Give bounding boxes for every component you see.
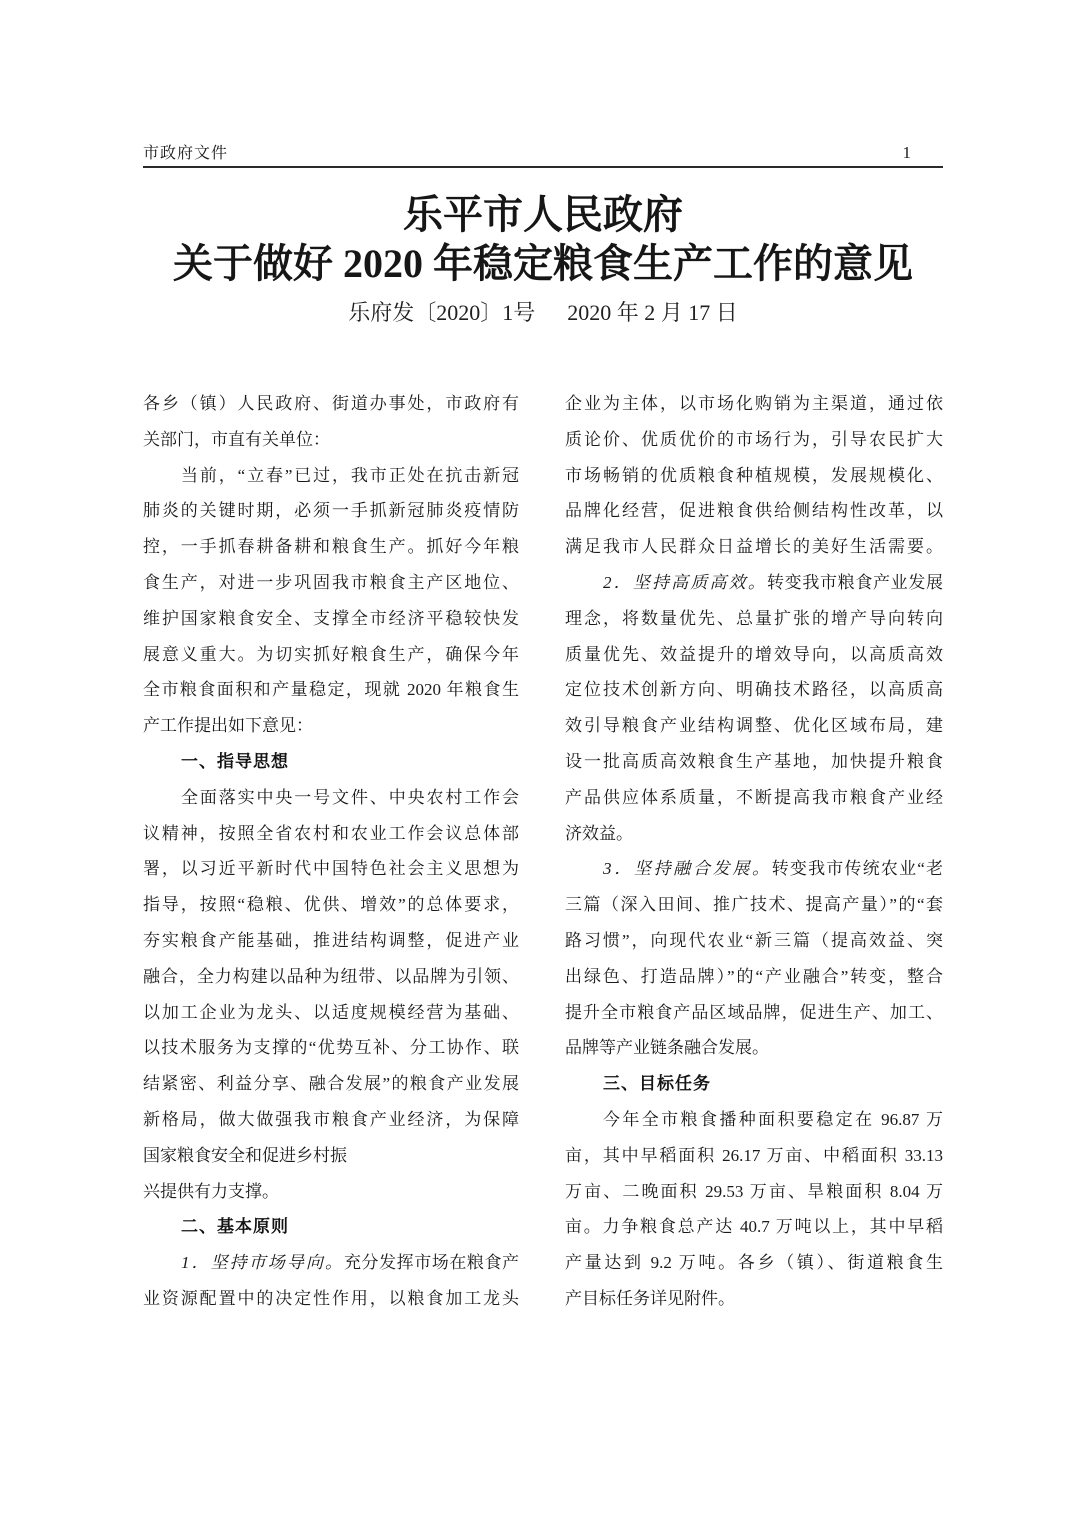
text-line: 新格局，做大做强我市粮食产业经济，为保障 xyxy=(143,1102,519,1138)
document-number: 乐府发〔2020〕1号 xyxy=(348,300,535,325)
item-lead: 3．坚持融合发展。 xyxy=(603,859,772,878)
text-line: 万亩、二晚面积 29.53 万亩、旱粮面积 8.04 万 xyxy=(565,1174,943,1210)
text-line: 融合，全力构建以品种为纽带、以品牌为引领、 xyxy=(143,959,519,995)
section-heading: 三、目标任务 xyxy=(565,1066,943,1102)
text-line: 兴提供有力支撑。 xyxy=(143,1174,519,1210)
text-line: 出绿色、打造品牌）”的“产业融合”转变，整合 xyxy=(565,959,943,995)
text-line: 路习惯”，向现代农业“新三篇（提高效益、突 xyxy=(565,923,943,959)
text-line: 控，一手抓春耕备耕和粮食生产。抓好今年粮 xyxy=(143,529,519,565)
text-line: 以技术服务为支撑的“优势互补、分工协作、联 xyxy=(143,1030,519,1066)
item-lead: 1．坚持市场导向。 xyxy=(181,1253,344,1272)
text-line: 效引导粮食产业结构调整、优化区域布局，建 xyxy=(565,708,943,744)
header-label: 市政府文件 xyxy=(143,140,228,163)
text-line: 展意义重大。为切实抓好粮食生产，确保今年 xyxy=(143,637,519,673)
text-line: 产目标任务详见附件。 xyxy=(565,1281,943,1317)
text-line: 今年全市粮食播种面积要稳定在 96.87 万 xyxy=(565,1102,943,1138)
section-heading: 二、基本原则 xyxy=(143,1209,519,1245)
section-heading: 一、指导思想 xyxy=(143,744,519,780)
text-line: 产工作提出如下意见： xyxy=(143,708,519,744)
text-line: 维护国家粮食安全、支撑全市经济平稳较快发 xyxy=(143,601,519,637)
document-date: 2020 年 2 月 17 日 xyxy=(567,300,738,325)
text-line: 质论价、优质优价的市场行为，引导农民扩大 xyxy=(565,422,943,458)
text-line: 市场畅销的优质粮食种植规模，发展规模化、 xyxy=(565,458,943,494)
text-line: 亩，其中早稻面积 26.17 万亩、中稻面积 33.13 xyxy=(565,1138,943,1174)
text-line: 关部门，市直有关单位： xyxy=(143,422,519,458)
text-line: 亩。力争粮食总产达 40.7 万吨以上，其中早稻 xyxy=(565,1209,943,1245)
text-line: 定位技术创新方向、明确技术路径，以高质高 xyxy=(565,672,943,708)
text-line: 以加工企业为龙头、以适度规模经营为基础、 xyxy=(143,995,519,1031)
title-line-1: 乐平市人民政府 xyxy=(143,190,943,239)
document-title: 乐平市人民政府 关于做好 2020 年稳定粮食生产工作的意见 xyxy=(143,190,943,288)
text-line: 夯实粮食产能基础，推进结构调整，促进产业 xyxy=(143,923,519,959)
text-line: 全市粮食面积和产量稳定，现就 2020 年粮食生 xyxy=(143,672,519,708)
text-line: 结紧密、利益分享、融合发展”的粮食产业发展 xyxy=(143,1066,519,1102)
text-line: 议精神，按照全省农村和农业工作会议总体部 xyxy=(143,816,519,852)
body-column-left: 各乡（镇）人民政府、街道办事处，市政府有关部门，市直有关单位：当前，“立春”已过… xyxy=(143,386,519,1317)
text-line: 全面落实中央一号文件、中央农村工作会 xyxy=(143,780,519,816)
text-line: 满足我市人民群众日益增长的美好生活需要。 xyxy=(565,529,943,565)
text-line: 3．坚持融合发展。转变我市传统农业“老 xyxy=(565,851,943,887)
text-line: 指导，按照“稳粮、优供、增效”的总体要求， xyxy=(143,887,519,923)
text-line: 食生产，对进一步巩固我市粮食主产区地位、 xyxy=(143,565,519,601)
text-line: 三篇（深入田间、推广技术、提高产量）”的“套 xyxy=(565,887,943,923)
text-line: 产量达到 9.2 万吨。各乡（镇）、街道粮食生 xyxy=(565,1245,943,1281)
title-line-2: 关于做好 2020 年稳定粮食生产工作的意见 xyxy=(143,239,943,288)
text-line: 肺炎的关键时期，必须一手抓新冠肺炎疫情防 xyxy=(143,493,519,529)
text-line: 品牌等产业链条融合发展。 xyxy=(565,1030,943,1066)
text-line: 各乡（镇）人民政府、街道办事处，市政府有 xyxy=(143,386,519,422)
document-page: 市政府文件 1 乐平市人民政府 关于做好 2020 年稳定粮食生产工作的意见 乐… xyxy=(0,0,1074,1520)
text-line: 济效益。 xyxy=(565,816,943,852)
text-line: 署，以习近平新时代中国特色社会主义思想为 xyxy=(143,851,519,887)
text-line: 理念，将数量优先、总量扩张的增产导向转向 xyxy=(565,601,943,637)
text-line: 设一批高质高效粮食生产基地，加快提升粮食 xyxy=(565,744,943,780)
text-line: 国家粮食安全和促进乡村振 xyxy=(143,1138,519,1174)
document-meta: 乐府发〔2020〕1号2020 年 2 月 17 日 xyxy=(143,296,943,327)
text-line: 2．坚持高质高效。转变我市粮食产业发展 xyxy=(565,565,943,601)
text-line: 提升全市粮食产品区域品牌，促进生产、加工、 xyxy=(565,995,943,1031)
text-line: 品牌化经营，促进粮食供给侧结构性改革，以 xyxy=(565,493,943,529)
text-line: 当前，“立春”已过，我市正处在抗击新冠 xyxy=(143,458,519,494)
text-line: 产品供应体系质量，不断提高我市粮食产业经 xyxy=(565,780,943,816)
text-line: 质量优先、效益提升的增效导向，以高质高效 xyxy=(565,637,943,673)
page-number: 1 xyxy=(903,143,944,163)
text-line: 业资源配置中的决定性作用，以粮食加工龙头 xyxy=(143,1281,519,1317)
body-columns: 各乡（镇）人民政府、街道办事处，市政府有关部门，市直有关单位：当前，“立春”已过… xyxy=(143,386,943,1317)
text-line: 1．坚持市场导向。充分发挥市场在粮食产 xyxy=(143,1245,519,1281)
body-column-right: 企业为主体，以市场化购销为主渠道，通过依质论价、优质优价的市场行为，引导农民扩大… xyxy=(565,386,943,1317)
item-lead: 2．坚持高质高效。 xyxy=(603,573,767,592)
page-header: 市政府文件 1 xyxy=(143,140,943,168)
text-line: 企业为主体，以市场化购销为主渠道，通过依 xyxy=(565,386,943,422)
